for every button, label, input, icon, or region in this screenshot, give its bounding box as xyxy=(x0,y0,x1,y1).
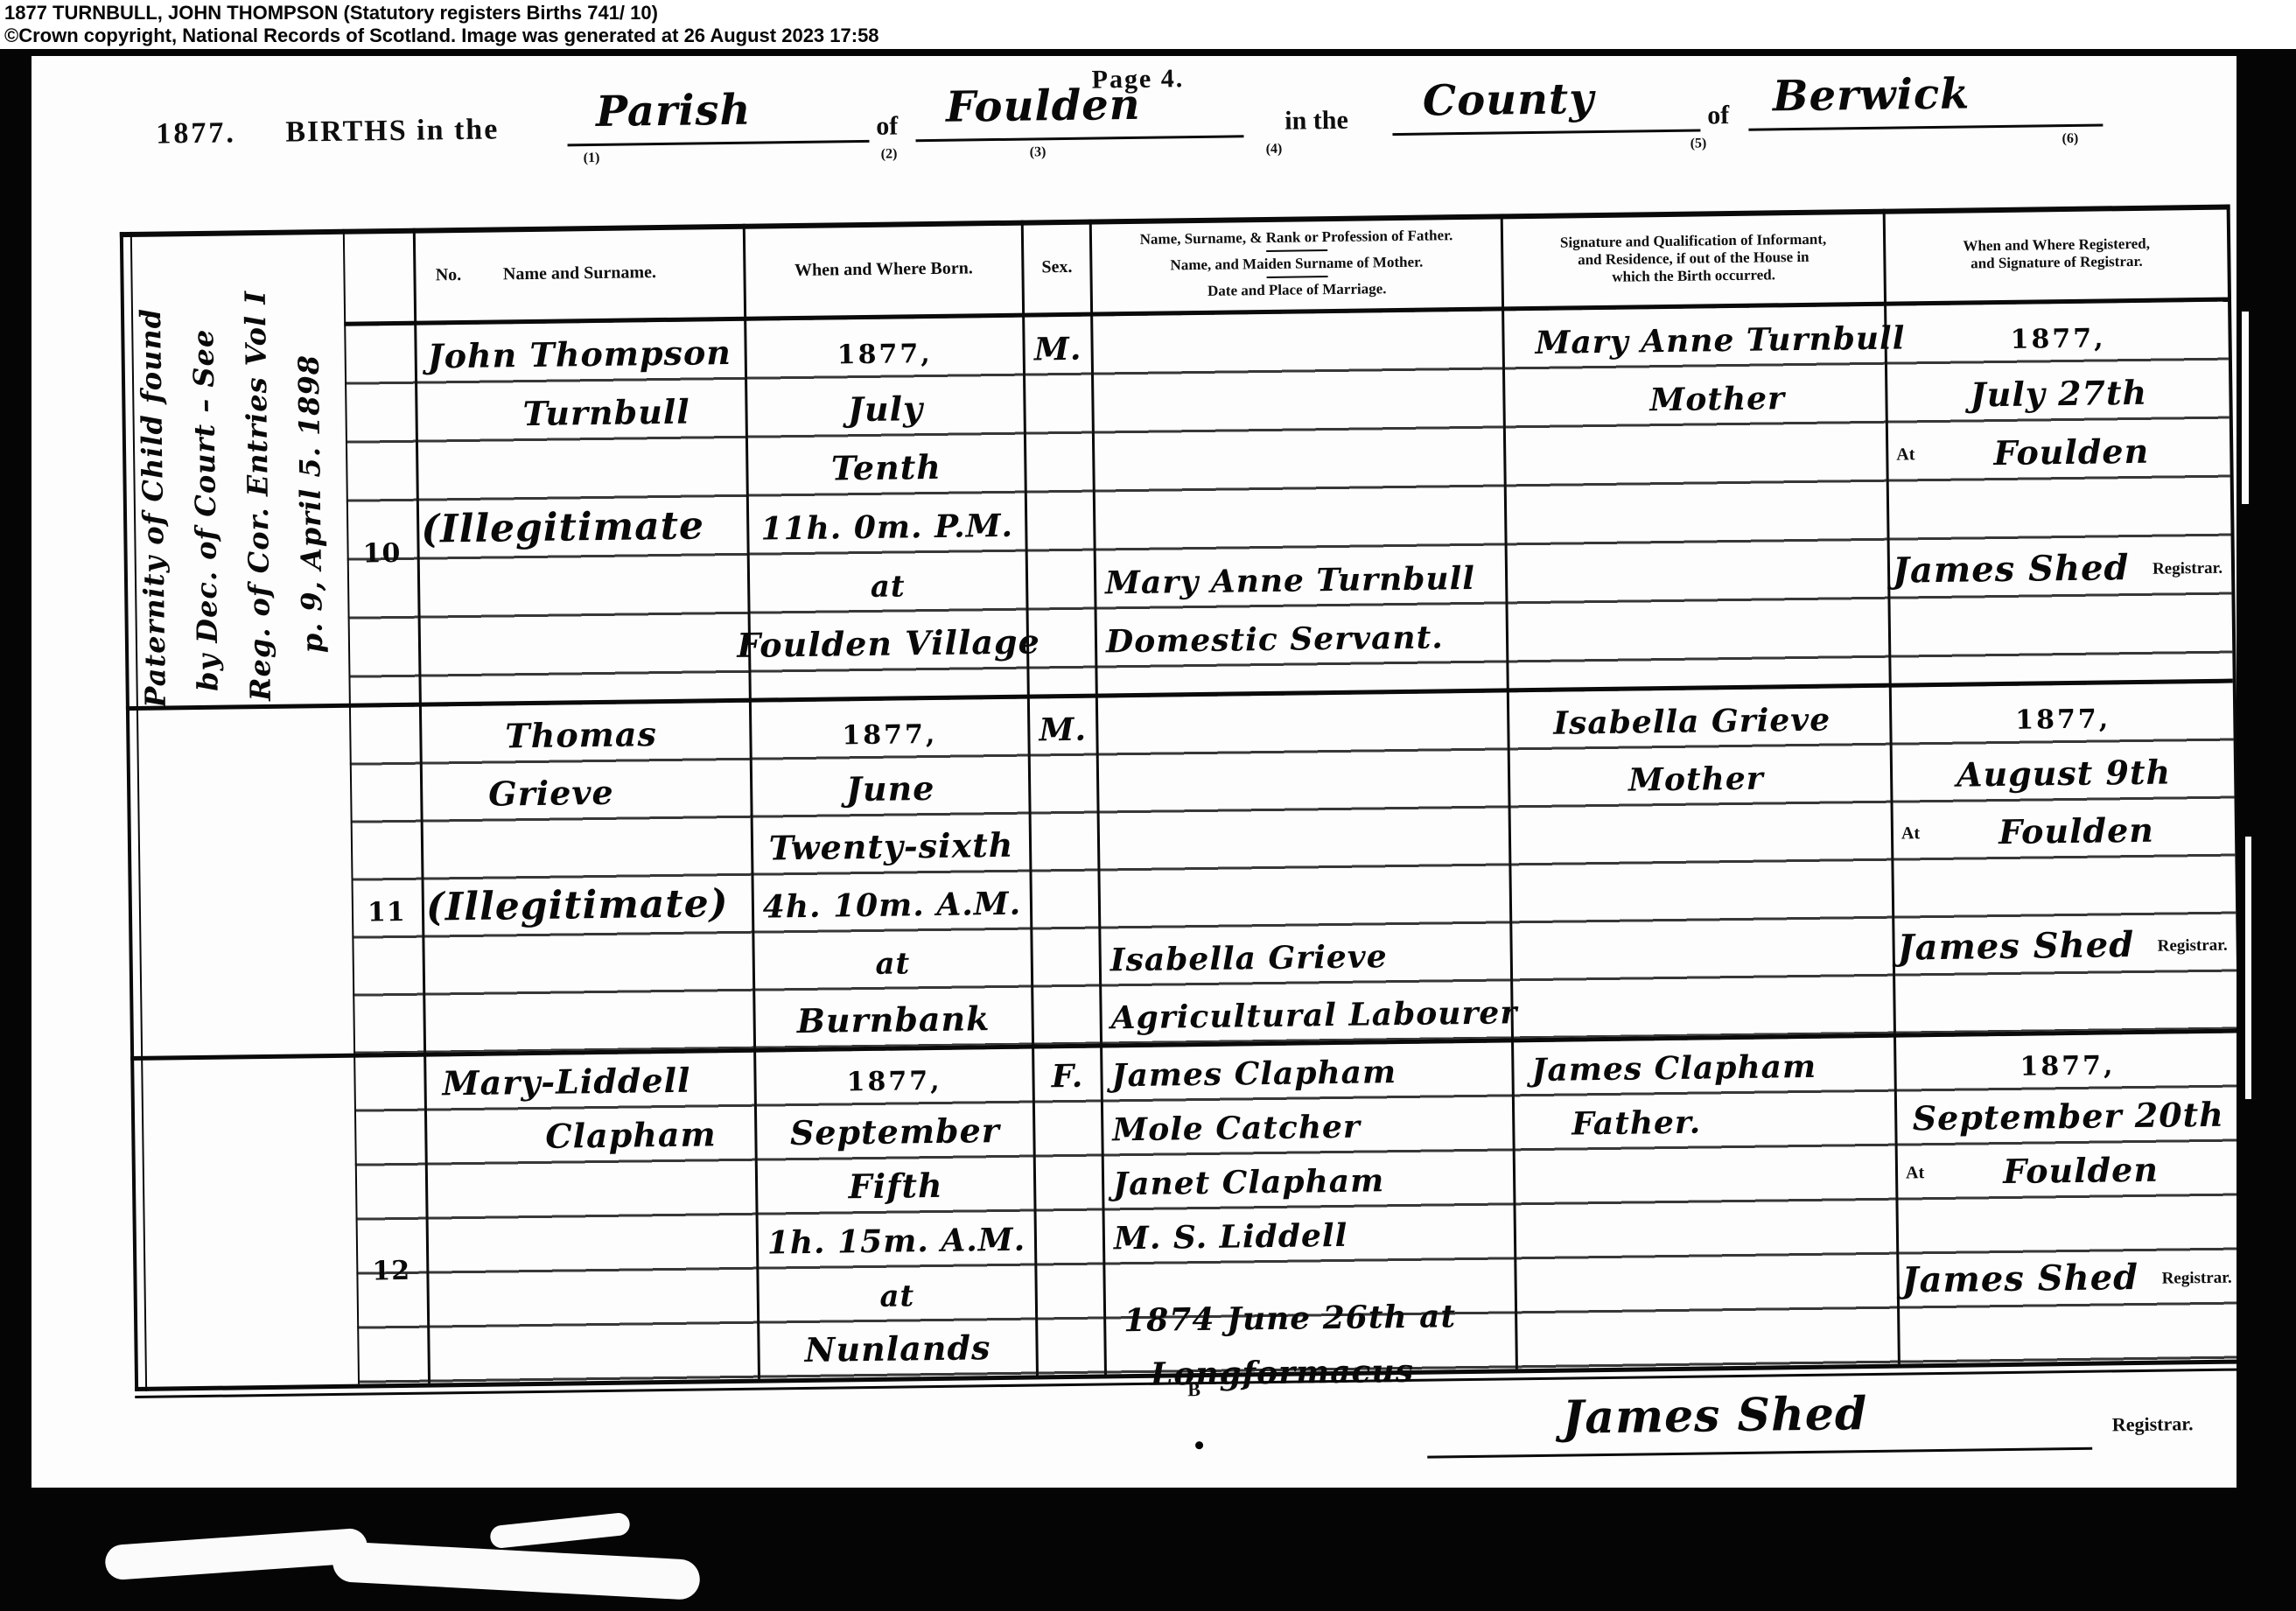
header-informant: Signature and Qualification of Informant… xyxy=(1503,211,1884,307)
sex-cell: M. xyxy=(1030,694,1096,753)
parents-cell: James Clapham Mole Catcher Janet Clapham… xyxy=(1111,1038,1514,1397)
title-of-1: of xyxy=(876,111,898,141)
title-underline xyxy=(568,140,870,147)
child-name-line: Turnbull xyxy=(417,392,690,435)
born-day: Twenty-sixth xyxy=(768,825,1013,868)
footnote-mark: (6) xyxy=(2061,131,2078,147)
ink-dot xyxy=(1195,1441,1203,1449)
copyright-line: ©Crown copyright, National Records of Sc… xyxy=(4,25,879,47)
scan-noise xyxy=(2242,312,2249,504)
header-sex: Sex. xyxy=(1024,221,1090,313)
margin-note-line: p. 9, April 5. 1898 xyxy=(281,242,339,706)
header-separator xyxy=(1266,276,1327,278)
margin-note-line: Reg. of Cor. Entries Vol I xyxy=(228,242,287,707)
sex-value: F. xyxy=(1051,1058,1083,1095)
footnote-mark: (3) xyxy=(1030,144,1046,160)
mother-maiden-name: M. S. Liddell xyxy=(1114,1217,1348,1257)
header-registered: When and Where Registered, and Signature… xyxy=(1886,207,2228,302)
footnote-mark: (4) xyxy=(1266,142,1283,158)
child-name-line: John Thompson xyxy=(416,333,731,376)
born-place: Burnbank xyxy=(797,998,990,1040)
parents-cell: Mary Anne Turnbull Domestic Servant. xyxy=(1105,541,1505,663)
informant-qualification: Father. xyxy=(1519,1104,1701,1144)
name-cell: Mary-Liddell Clapham xyxy=(426,1048,755,1161)
title-county-value: Berwick xyxy=(1773,69,1970,121)
sex-value: M. xyxy=(1039,711,1087,749)
margin-note: Paternity of Child found by Dec. of Cour… xyxy=(123,242,349,708)
viewer-header: 1877 TURNBULL, JOHN THOMPSON (Statutory … xyxy=(0,0,2296,49)
footnote-mark: (1) xyxy=(584,151,600,166)
header-born: When and Where Born. xyxy=(745,222,1022,317)
scan-edge-right xyxy=(2233,49,2296,1611)
informant-cell: Isabella Grieve Mother xyxy=(1514,683,1887,804)
born-cell: 1877, September Fifth 1h. 15m. A.M. at N… xyxy=(756,1045,1036,1374)
mother-occupation: Agricultural Labourer xyxy=(1110,994,1517,1036)
child-name-line: Thomas xyxy=(422,714,657,757)
mother-name: Mary Anne Turnbull xyxy=(1105,560,1475,602)
footnote-mark: (5) xyxy=(1690,136,1707,151)
registrar-label: Registrar. xyxy=(2152,559,2229,588)
born-day: Fifth xyxy=(848,1166,943,1206)
registrar-signature: James Shed xyxy=(1897,924,2134,969)
born-at: at xyxy=(871,569,906,605)
registrar-signature: James Shed xyxy=(1901,1257,2138,1301)
name-cell: John Thompson Turnbull (Illegitimate xyxy=(416,317,746,556)
footer-registrar-signature: James Shed xyxy=(1562,1387,1867,1445)
born-year: 1877, xyxy=(842,719,937,751)
screenshot-root: 1877 TURNBULL, JOHN THOMPSON (Statutory … xyxy=(0,0,2296,1611)
title-underline xyxy=(1392,129,1700,136)
title-year: 1877. xyxy=(156,116,236,151)
margin-note-line: by Dec. of Court – See xyxy=(176,242,234,707)
born-time: 11h. 0m. P.M. xyxy=(760,508,1013,548)
registrar-signature: James Shed xyxy=(1893,547,2130,592)
child-name-line: Grieve xyxy=(423,773,614,815)
registered-year: 1877, xyxy=(2019,1050,2115,1082)
informant-qualification: Mother xyxy=(1509,380,1785,420)
born-month: September xyxy=(790,1110,1000,1152)
informant-signature: Mary Anne Turnbull xyxy=(1508,319,1905,361)
born-time: 4h. 10m. A.M. xyxy=(762,886,1021,926)
informant-signature: James Clapham xyxy=(1518,1048,1816,1089)
born-year: 1877, xyxy=(846,1066,941,1097)
registered-year: 1877, xyxy=(2010,323,2105,354)
title-of-2: of xyxy=(1707,101,1729,130)
born-month: July xyxy=(848,389,924,429)
child-name-line: Clapham xyxy=(427,1114,717,1157)
entry-number: 10 xyxy=(362,538,401,570)
registered-place: Foulden xyxy=(1998,810,2154,851)
registrar-label: Registrar. xyxy=(2158,936,2235,965)
born-time: 1h. 15m. A.M. xyxy=(767,1222,1026,1262)
sex-value: M. xyxy=(1034,331,1082,368)
registered-place: Foulden xyxy=(1993,431,2149,473)
registered-place: Foulden xyxy=(2003,1150,2159,1191)
title-county-word: County xyxy=(1423,74,1595,126)
title-parish-value: Foulden xyxy=(946,81,1141,132)
entry-number: 12 xyxy=(372,1256,410,1287)
born-day: Tenth xyxy=(831,447,941,488)
born-cell: 1877, June Twenty-sixth 4h. 10m. A.M. at… xyxy=(752,695,1032,1045)
at-label: At xyxy=(1900,1163,1925,1192)
header-father: Name, Surname, & Rank or Profession of F… xyxy=(1092,215,1501,312)
father-name: James Clapham xyxy=(1111,1054,1396,1094)
entry-number: 11 xyxy=(367,897,406,928)
register-page-content: Page 4. 1877. BIRTHS in the Parish of Fo… xyxy=(31,56,2236,1488)
page-signature-mark: B xyxy=(1187,1378,1200,1401)
marriage-date: 1874 June 26th at xyxy=(1115,1298,1456,1339)
illegitimate-note: (Illegitimate) xyxy=(424,881,729,930)
father-occupation: Mole Catcher xyxy=(1112,1109,1361,1149)
margin-note-line: Paternity of Child found xyxy=(123,243,182,708)
parents-cell: Isabella Grieve Agricultural Labourer xyxy=(1109,919,1509,1040)
title-in-the: in the xyxy=(1284,106,1348,137)
at-label: At xyxy=(1891,445,1915,473)
child-name-line: Mary-Liddell xyxy=(426,1061,690,1103)
scanned-register-image: Page 4. 1877. BIRTHS in the Parish of Fo… xyxy=(0,49,2296,1611)
informant-cell: James Clapham Father. xyxy=(1518,1033,1892,1147)
title-underline xyxy=(915,135,1243,142)
title-parish-word: Parish xyxy=(596,86,752,137)
born-place: Foulden Village xyxy=(737,621,1040,665)
scan-edge-left xyxy=(0,49,31,1611)
registered-date: August 9th xyxy=(1956,752,2172,794)
mother-occupation: Domestic Servant. xyxy=(1106,619,1444,660)
born-at: at xyxy=(875,946,910,982)
born-cell: 1877, July Tenth 11h. 0m. P.M. at Foulde… xyxy=(746,313,1026,669)
informant-qualification: Mother xyxy=(1515,760,1764,801)
registered-cell: 1877, July 27th AtFoulden James ShedRegi… xyxy=(1889,298,2229,595)
illegitimate-note: (Illegitimate xyxy=(419,503,704,551)
mother-name: Isabella Grieve xyxy=(1110,938,1388,978)
born-month: June xyxy=(846,768,935,809)
footer-registrar-label: Registrar. xyxy=(2112,1412,2194,1436)
sex-cell: F. xyxy=(1034,1044,1101,1099)
title-underline xyxy=(1748,123,2103,130)
registered-year: 1877, xyxy=(2015,704,2110,735)
header-separator xyxy=(1266,249,1327,252)
informant-cell: Mary Anne Turnbull Mother xyxy=(1508,302,1882,424)
born-at: at xyxy=(879,1278,914,1314)
registered-date: September 20th xyxy=(1912,1095,2224,1138)
title-births: BIRTHS in the xyxy=(285,113,499,149)
born-year: 1877, xyxy=(836,339,932,370)
born-place: Nunlands xyxy=(804,1327,990,1369)
register-page: Page 4. 1877. BIRTHS in the Parish of Fo… xyxy=(31,56,2236,1488)
registrar-label: Registrar. xyxy=(2161,1269,2236,1298)
registered-date: July 27th xyxy=(1970,373,2147,415)
header-name: Name and Surname. xyxy=(416,226,744,321)
name-cell: Thomas Grieve (Illegitimate) xyxy=(422,698,752,934)
footer-signature-line xyxy=(1427,1447,2092,1459)
marriage-place: Longformacus xyxy=(1116,1353,1414,1393)
scan-noise xyxy=(2245,837,2251,1099)
record-title: 1877 TURNBULL, JOHN THOMPSON (Statutory … xyxy=(4,2,658,25)
mother-name: Janet Clapham xyxy=(1113,1162,1385,1202)
at-label: At xyxy=(1896,823,1921,852)
registered-cell: 1877, August 9th AtFoulden James ShedReg… xyxy=(1894,679,2235,972)
sex-cell: M. xyxy=(1025,312,1091,372)
registered-cell: 1877, September 20th AtFoulden James She… xyxy=(1899,1029,2236,1305)
informant-signature: Isabella Grieve xyxy=(1514,702,1830,743)
footnote-mark: (2) xyxy=(881,146,898,162)
